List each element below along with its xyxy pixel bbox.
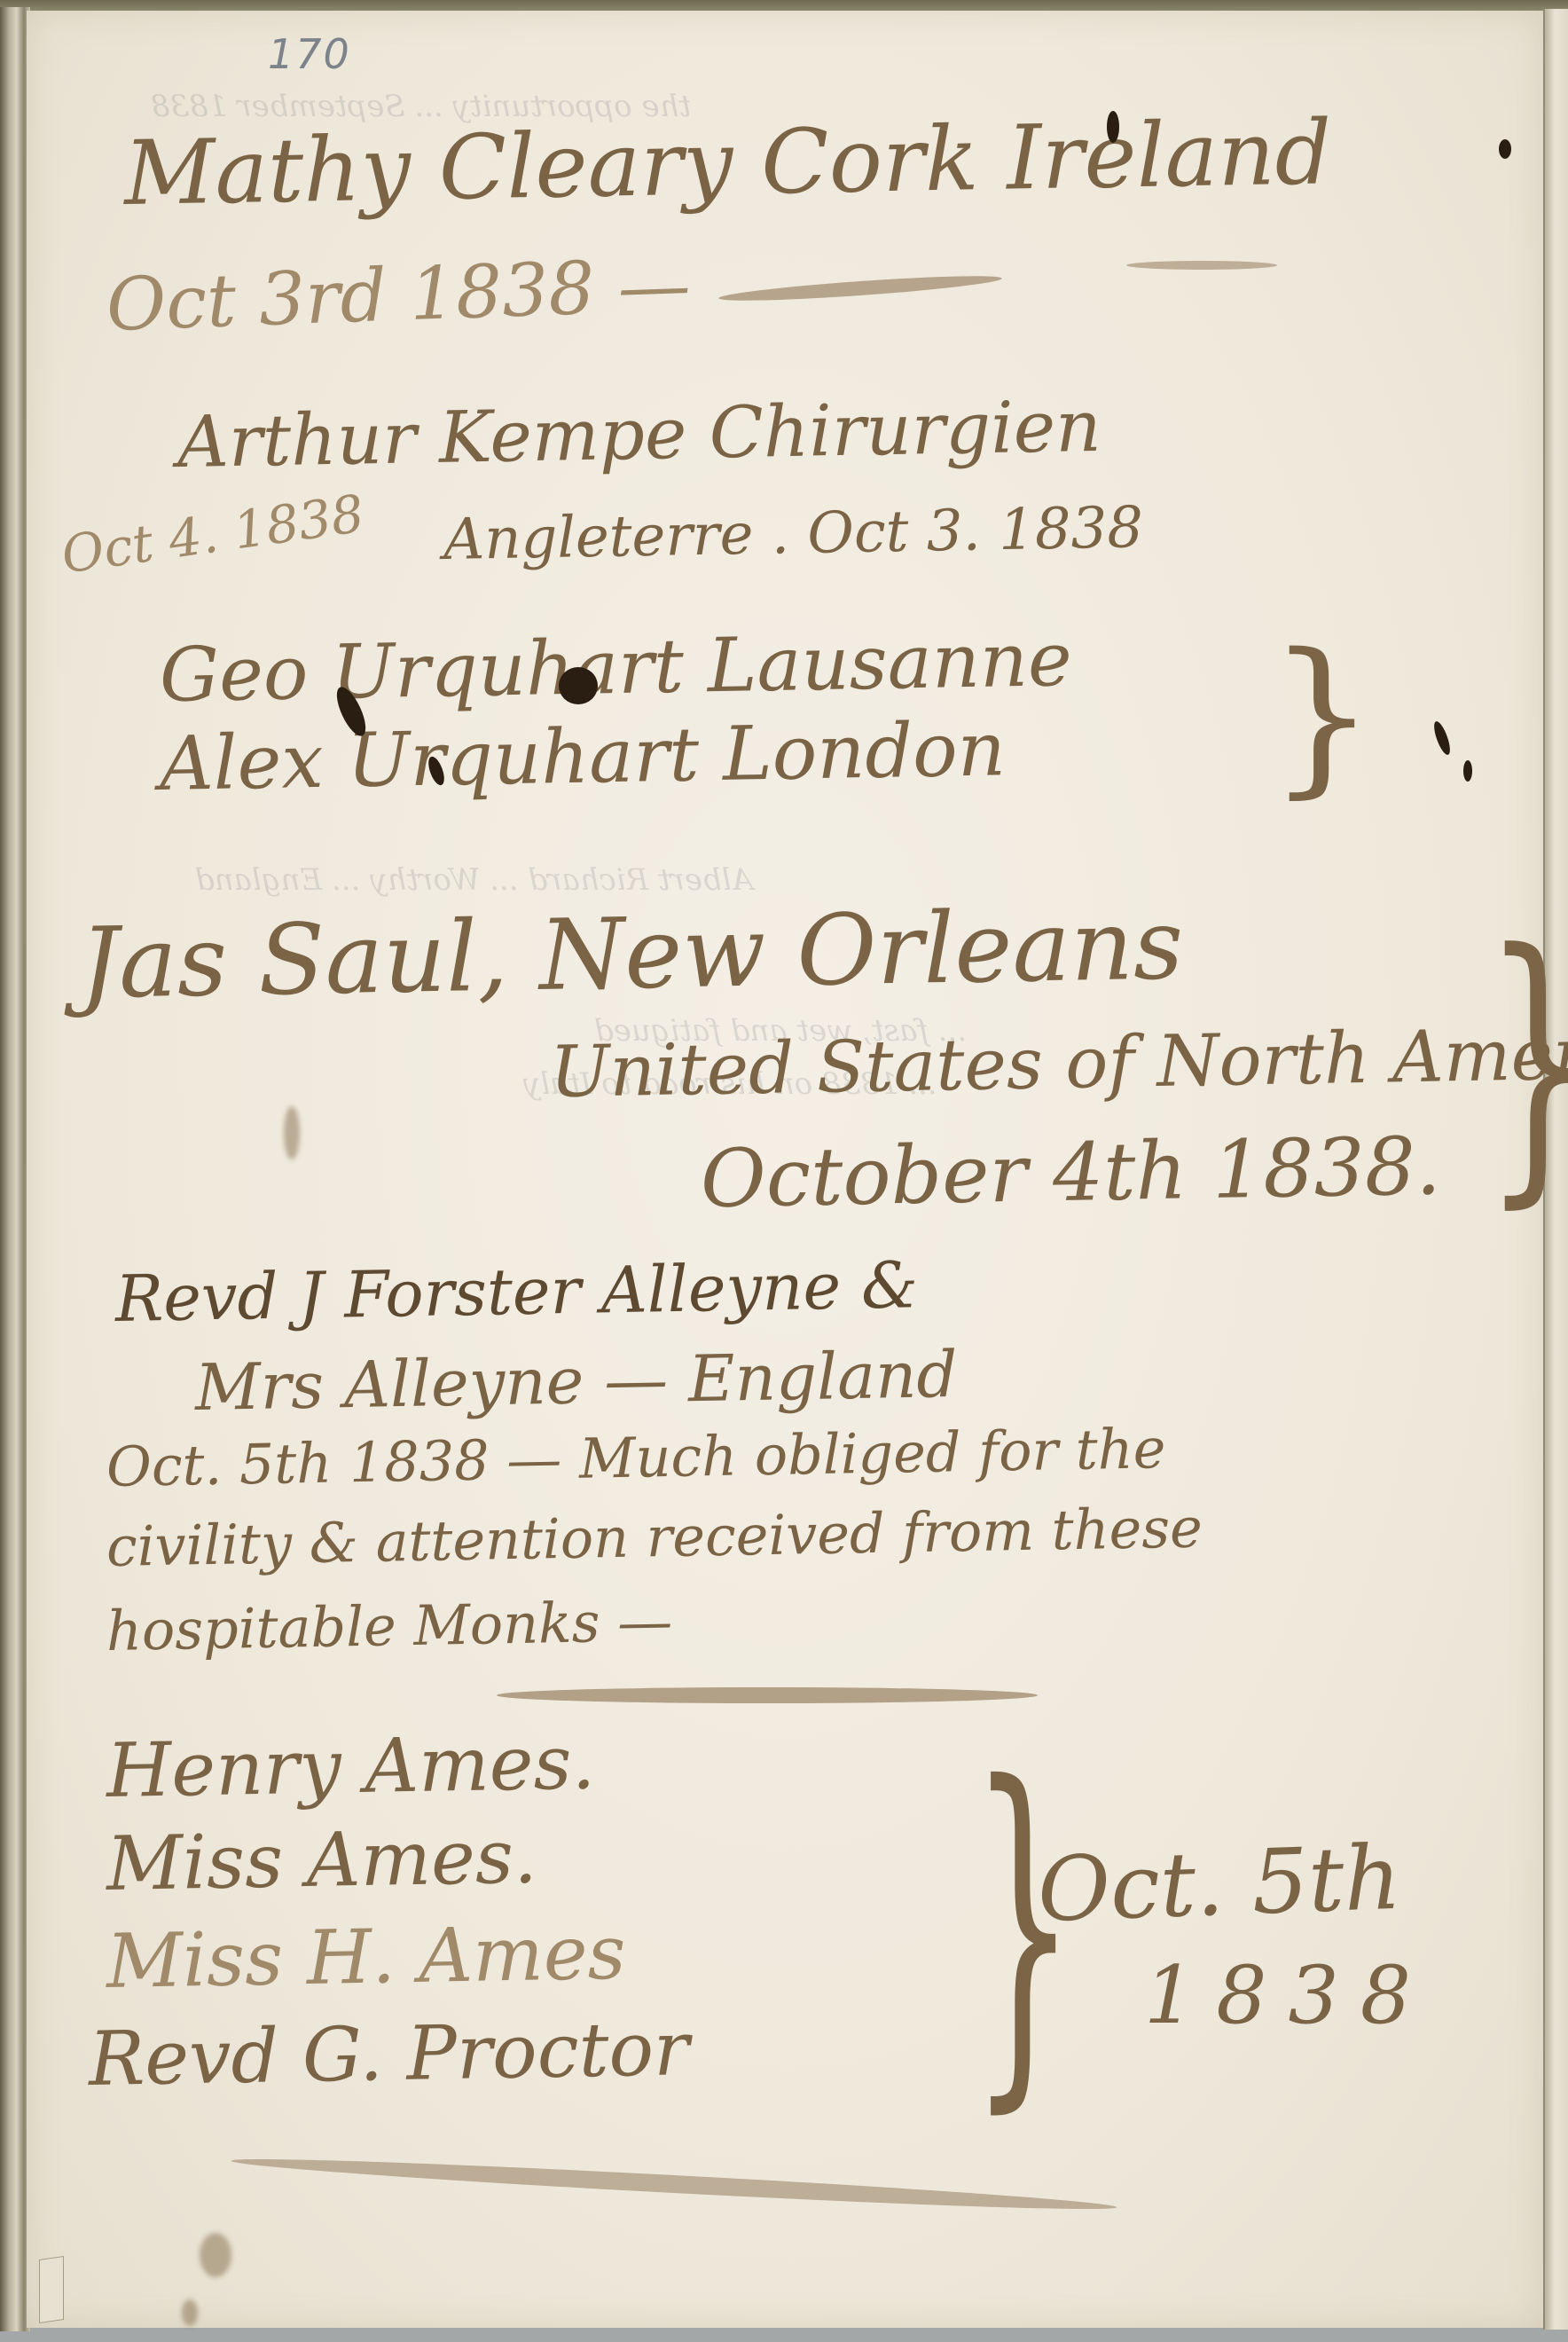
ink-blot (1463, 760, 1472, 782)
entry-6-line-2: Miss Ames. (106, 1813, 537, 1907)
entry-6-date-year: 1838 (1144, 1949, 1432, 2042)
entry-3-line-1: Geo Urquhart Lausanne (159, 616, 1072, 719)
ink-blot (559, 667, 598, 704)
entry-3-bracket: } (1268, 632, 1376, 800)
ink-flourish (1126, 261, 1277, 270)
entry-5-line-4: civility & attention received from these (106, 1495, 1203, 1579)
separator-flourish (497, 1687, 1038, 1703)
manuscript-page: the opportunity ... September 1838 Alber… (27, 11, 1543, 2328)
ink-stain (182, 2299, 198, 2326)
page-number: 170 (268, 30, 351, 78)
ink-stain (284, 1106, 300, 1159)
entry-1-date: Oct 3rd 1838 — (105, 243, 692, 348)
entry-5-line-3: Oct. 5th 1838 — Much obliged for the (106, 1416, 1166, 1499)
entry-5-line-1: Revd J Forster Alleyne & (114, 1247, 918, 1336)
entry-6-line-1: Henry Ames. (106, 1718, 596, 1814)
ink-stain (200, 2233, 231, 2277)
entry-5-line-5: hospitable Monks — (106, 1589, 672, 1663)
entry-4-name-city: Jas Saul, New Orleans (79, 887, 1184, 1020)
entry-3-line-2: Alex Urquhart London (159, 705, 1006, 807)
ink-blot (1107, 111, 1119, 143)
entry-6-line-4: Revd G. Proctor (88, 2005, 690, 2102)
entry-3-margin-date: Oct 4. 1838 (58, 483, 367, 585)
book-binding (0, 7, 30, 2331)
bottom-flourish (231, 2152, 1117, 2216)
entry-1-name: Mathy Cleary Cork Ireland (123, 100, 1333, 225)
entry-5-line-2: Mrs Alleyne — England (194, 1337, 958, 1425)
ink-flourish (718, 271, 1002, 305)
entry-4-bracket: } (1483, 916, 1568, 1208)
entry-6-line-3: Miss H. Ames (106, 1909, 626, 2005)
ink-blot (1499, 139, 1511, 159)
entry-4-date: October 4th 1838. (700, 1120, 1441, 1226)
entry-6-date-month: Oct. 5th (1036, 1826, 1403, 1942)
page-corner-fold (39, 2256, 64, 2323)
entry-2-name: Arthur Kempe Chirurgien (176, 385, 1102, 483)
ink-blot (1431, 719, 1454, 757)
bleed-through-text: Albert Richard ... Worthy ... England (195, 862, 753, 898)
entry-2-place-date: Angleterre . Oct 3. 1838 (443, 495, 1143, 573)
